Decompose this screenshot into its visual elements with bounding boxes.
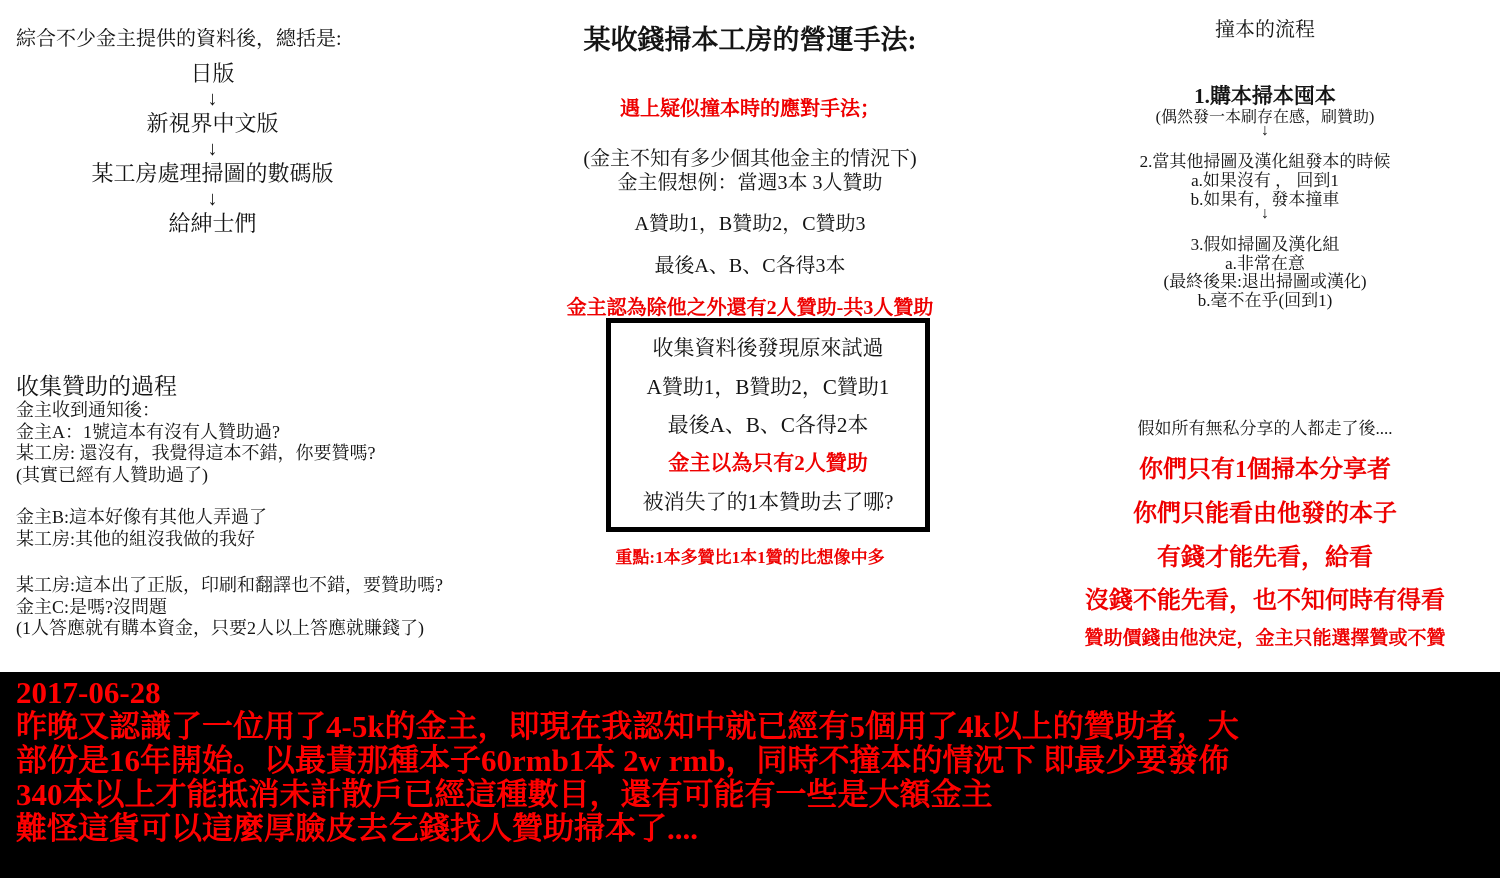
dialog-line: 金主A：1號這本有沒有人贊助過?	[16, 422, 376, 444]
dialog-block-1: 金主收到通知後： 金主A：1號這本有沒有人贊助過? 某工房: 還沒有，我覺得這本…	[16, 400, 376, 486]
flow-step-digital-edition: 某工房處理掃圖的數碼版	[40, 161, 385, 187]
collect-process-heading: 收集贊助的過程	[16, 368, 177, 401]
dialog-line: 某工房:其他的組沒我做的我好	[16, 529, 267, 551]
dialog-line: (其實已經有人贊助過了)	[16, 465, 376, 487]
key-point-note: 重點:1本多贊比1本1贊的比想像中多	[520, 543, 980, 568]
box-line-1: 收集資料後發現原來試過	[653, 336, 884, 360]
down-arrow-icon: ↓	[1055, 205, 1475, 223]
down-arrow-icon: ↓	[40, 140, 385, 158]
footer-line-4: 難怪這貨可以這麼厚臉皮去乞錢找人贊助掃本了....	[16, 812, 1500, 846]
box-line-4: 被消失了的1本贊助去了哪?	[643, 490, 894, 514]
flow-step-gentlemen: 給紳士們	[40, 211, 385, 237]
dialog-line: 某工房:這本出了正版，印刷和翻譯也不錯，要贊助嗎?	[16, 575, 443, 597]
dialog-block-2: 金主B:這本好像有其他人弄過了 某工房:其他的組沒我做的我好	[16, 507, 267, 550]
dialog-line: 某工房: 還沒有，我覺得這本不錯，你要贊嗎?	[16, 443, 376, 465]
footer-line-1: 昨晚又認識了一位用了4-5k的金主，即現在我認知中就已經有5個用了4k以上的贊助…	[16, 710, 1500, 744]
flow-step-chinese-edition: 新視界中文版	[40, 111, 385, 137]
footer-text: 2017-06-28 昨晚又認識了一位用了4-5k的金主，即現在我認知中就已經有…	[16, 676, 1500, 846]
aftermath-intro: 假如所有無私分享的人都走了後....	[1055, 414, 1475, 439]
summary-intro-heading: 綜合不少金主提供的資料後，總括是:	[16, 22, 342, 51]
footer-line-2: 部份是16年開始。以最貴那種本子60rmb1本 2w rmb，同時不撞本的情況下…	[16, 744, 1500, 778]
mid-line-3: A贊助1，B贊助2，C贊助3	[520, 207, 980, 236]
source-flowchart: 日版 ↓ 新視界中文版 ↓ 某工房處理掃圖的數碼版 ↓ 給紳士們	[40, 58, 385, 240]
warning-line-1: 你們只有1個掃本分享者	[1055, 449, 1475, 484]
down-arrow-icon: ↓	[1055, 122, 1475, 140]
flow-step-jp-edition: 日版	[40, 61, 385, 87]
infographic-page: 綜合不少金主提供的資料後，總括是: 日版 ↓ 新視界中文版 ↓ 某工房處理掃圖的…	[0, 0, 1500, 878]
collision-flow-title: 撞本的流程	[1055, 13, 1475, 42]
dialog-line: (1人答應就有購本資金，只要2人以上答應就賺錢了)	[16, 618, 443, 640]
footer-line-3: 340本以上才能抵消未計散戶已經這種數目，還有可能有一些是大額金主	[16, 778, 1500, 812]
dialog-line: 金主C:是嗎?沒問題	[16, 597, 443, 619]
footer-note-panel: 2017-06-28 昨晚又認識了一位用了4-5k的金主，即現在我認知中就已經有…	[0, 672, 1500, 878]
box-line-2: A贊助1，B贊助2，C贊助1	[647, 375, 890, 399]
workshop-method-title: 某收錢掃本工房的營運手法:	[520, 18, 980, 57]
mid-red-conclusion: 金主認為除他之外還有2人贊助-共3人贊助	[520, 291, 980, 320]
flow-step-3b: b.毫不在乎(回到1)	[1055, 286, 1475, 311]
warning-line-2: 你們只能看由他發的本子	[1055, 493, 1475, 528]
collision-response-subtitle: 遇上疑似撞本時的應對手法；	[520, 92, 980, 121]
mid-line-4: 最後A、B、C各得3本	[520, 249, 980, 278]
box-red-line: 金主以為只有2人贊助	[668, 451, 868, 475]
dialog-line: 金主收到通知後：	[16, 400, 376, 422]
dialog-line: 金主B:這本好像有其他人弄過了	[16, 507, 267, 529]
box-line-3: 最後A、B、C各得2本	[668, 413, 869, 437]
down-arrow-icon: ↓	[40, 190, 385, 208]
down-arrow-icon: ↓	[40, 90, 385, 108]
warning-line-5: 贊助價錢由他決定，金主只能選擇贊或不贊	[1055, 623, 1475, 650]
discovery-box: 收集資料後發現原來試過 A贊助1，B贊助2，C贊助1 最後A、B、C各得2本 金…	[606, 318, 930, 532]
dialog-block-3: 某工房:這本出了正版，印刷和翻譯也不錯，要贊助嗎? 金主C:是嗎?沒問題 (1人…	[16, 575, 443, 640]
mid-line-2: 金主假想例：當週3本 3人贊助	[520, 166, 980, 195]
footer-date: 2017-06-28	[16, 676, 1500, 710]
warning-line-3: 有錢才能先看，給看	[1055, 537, 1475, 572]
warning-line-4: 沒錢不能先看，也不知何時有得看	[1055, 580, 1475, 615]
